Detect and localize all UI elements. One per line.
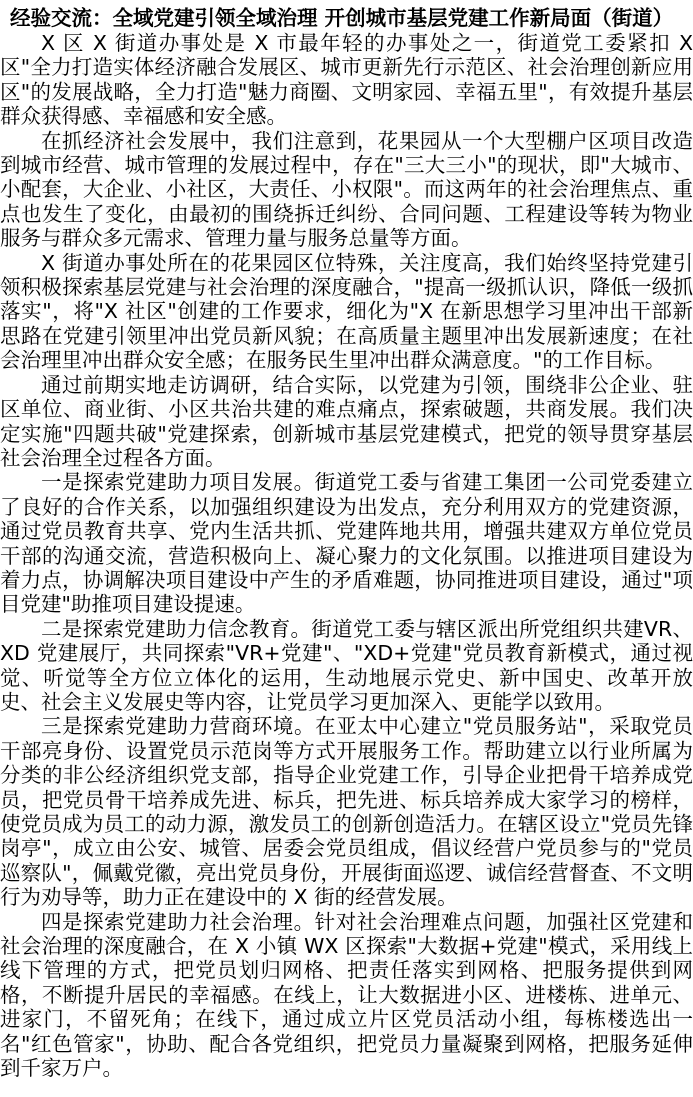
paragraph: 三是探索党建助力营商环境。在亚太中心建立"党员服务站"，采取党员干部亮身份、设置… xyxy=(0,714,693,909)
paragraph: 二是探索党建助力信念教育。街道党工委与辖区派出所党组织共建VR、XD 党建展厅，… xyxy=(0,617,693,715)
paragraph: 在抓经济社会发展中，我们注意到，花果园从一个大型棚户区项目改造到城市经营、城市管… xyxy=(0,129,693,251)
paragraph: X 街道办事处所在的花果园区位特殊，关注度高，我们始终坚持党建引领积极探索基层党… xyxy=(0,251,693,373)
paragraph: 通过前期实地走访调研，结合实际，以党建为引领，围绕非公企业、驻区单位、商业街、小… xyxy=(0,373,693,471)
paragraph: X 区 X 街道办事处是 X 市最年轻的办事处之一，街道党工委紧扣 X 区"全力… xyxy=(0,31,693,129)
paragraph: 一是探索党建助力项目发展。街道党工委与省建工集团一公司党委建立了良好的合作关系，… xyxy=(0,470,693,616)
document-body: X 区 X 街道办事处是 X 市最年轻的办事处之一，街道党工委紧扣 X 区"全力… xyxy=(0,31,693,1080)
document-page: 经验交流：全域党建引领全域治理 开创城市基层党建工作新局面（街道） X 区 X … xyxy=(0,0,693,1080)
document-title: 经验交流：全域党建引领全域治理 开创城市基层党建工作新局面（街道） xyxy=(0,0,693,31)
paragraph: 四是探索党建助力社会治理。针对社会治理难点问题，加强社区党建和社会治理的深度融合… xyxy=(0,910,693,1081)
